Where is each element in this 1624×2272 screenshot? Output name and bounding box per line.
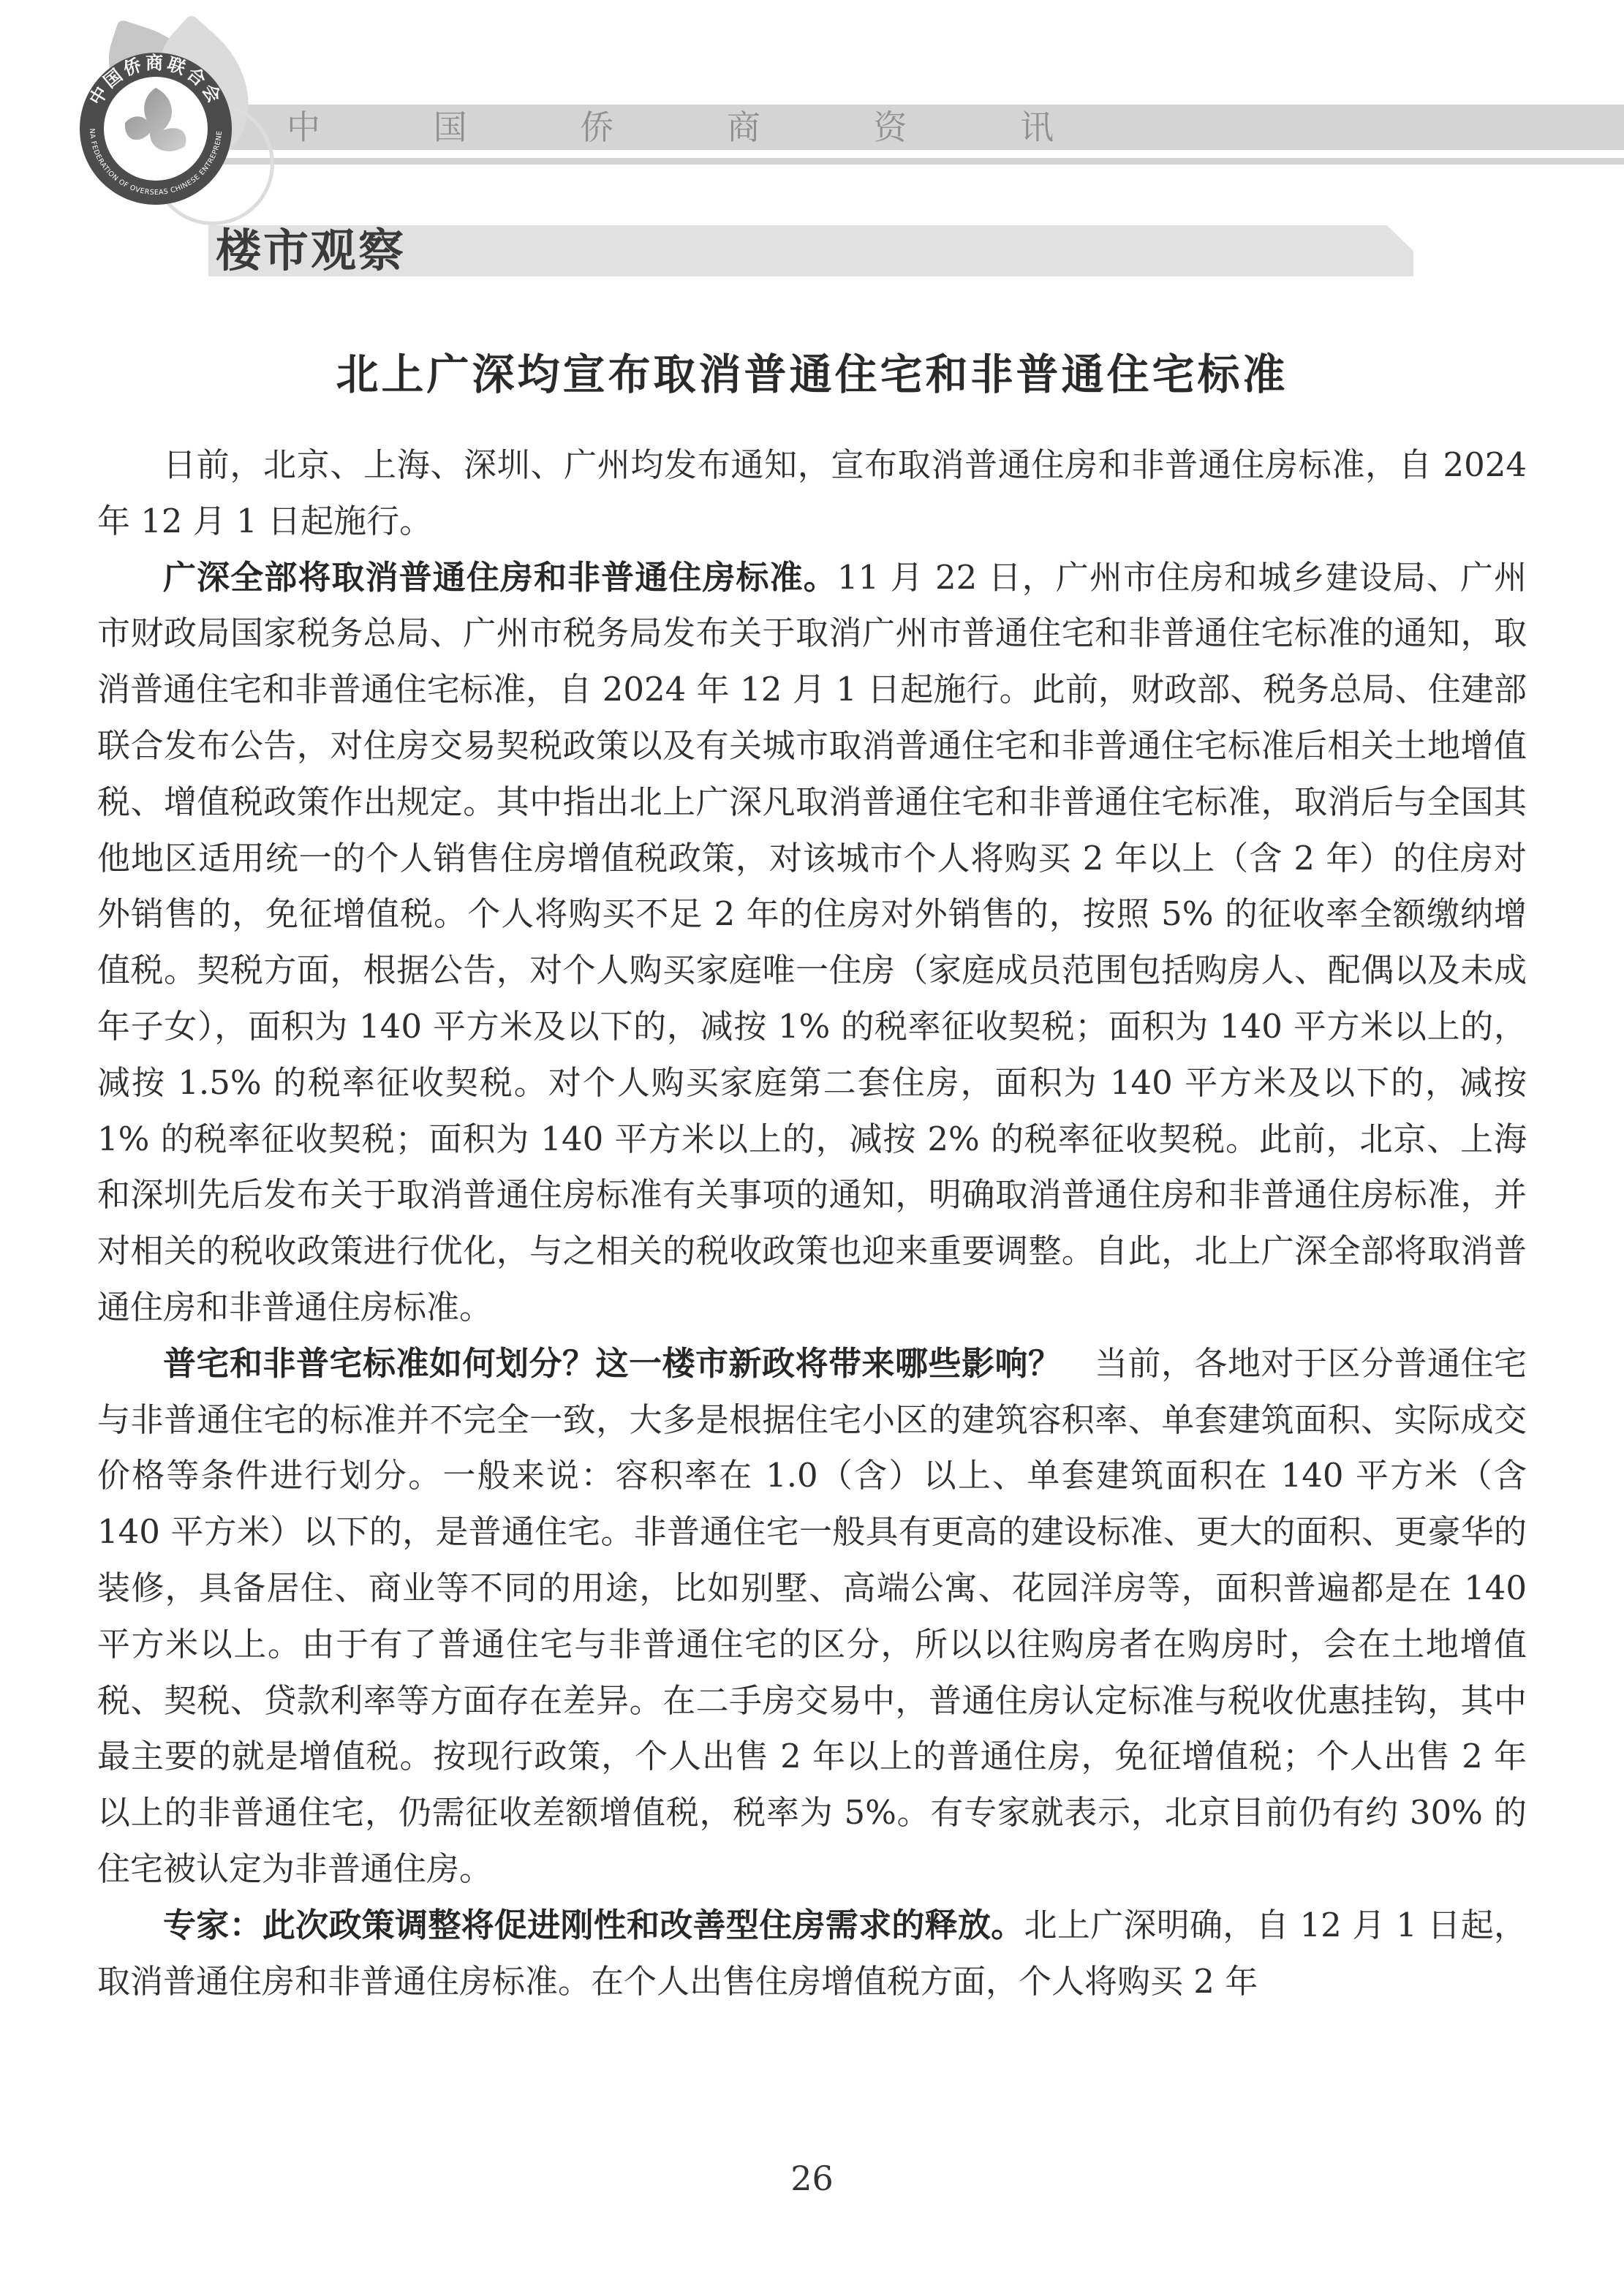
header-bar: 中 国 侨 商 资 讯 (219, 105, 1624, 150)
paragraph: 专家：此次政策调整将促进刚性和改善型住房需求的释放。北上广深明确，自 12 月 … (97, 1898, 1527, 2010)
paragraph: 广深全部将取消普通住房和非普通住房标准。11 月 22 日，广州市住房和城乡建设… (97, 550, 1527, 1336)
header-rule (219, 158, 1624, 165)
paragraph: 日前，北京、上海、深圳、广州均发布通知，宣布取消普通住房和非普通住房标准，自 2… (97, 437, 1527, 550)
paragraph-text: 日前，北京、上海、深圳、广州均发布通知，宣布取消普通住房和非普通住房标准，自 2… (97, 445, 1527, 540)
masthead-title: 中 国 侨 商 资 讯 (219, 105, 1624, 150)
logo-seal: 中国侨商联合会 CHINA FEDERATION OF OVERSEAS CHI… (77, 50, 235, 208)
section-banner: 楼市观察 (208, 225, 1413, 276)
article-title: 北上广深均宣布取消普通住宅和非普通住宅标准 (97, 345, 1527, 404)
paragraph-text: 11 月 22 日，广州市住房和城乡建设局、广州市财政局国家税务总局、广州市税务… (97, 558, 1527, 1326)
paragraph-text: 当前，各地对于区分普通住宅与非普通住宅的标准并不完全一致，大多是根据住宅小区的建… (97, 1344, 1527, 1888)
article-body: 日前，北京、上海、深圳、广州均发布通知，宣布取消普通住房和非普通住房标准，自 2… (97, 437, 1527, 2009)
paragraph-lead: 广深全部将取消普通住房和非普通住房标准。 (163, 558, 837, 597)
paragraph-lead: 专家：此次政策调整将促进刚性和改善型住房需求的释放。 (163, 1906, 1024, 1944)
paragraph: 普宅和非普宅标准如何划分？这一楼市新政将带来哪些影响？ 当前，各地对于区分普通住… (97, 1336, 1527, 1898)
page-number: 26 (0, 2159, 1624, 2198)
magazine-page: 中 国 侨 商 资 讯 中国侨商联合会 CHINA FEDERATION (0, 0, 1624, 2272)
paragraph-lead: 普宅和非普宅标准如何划分？这一楼市新政将带来哪些影响？ (163, 1344, 1061, 1383)
section-banner-label: 楼市观察 (208, 225, 1413, 276)
